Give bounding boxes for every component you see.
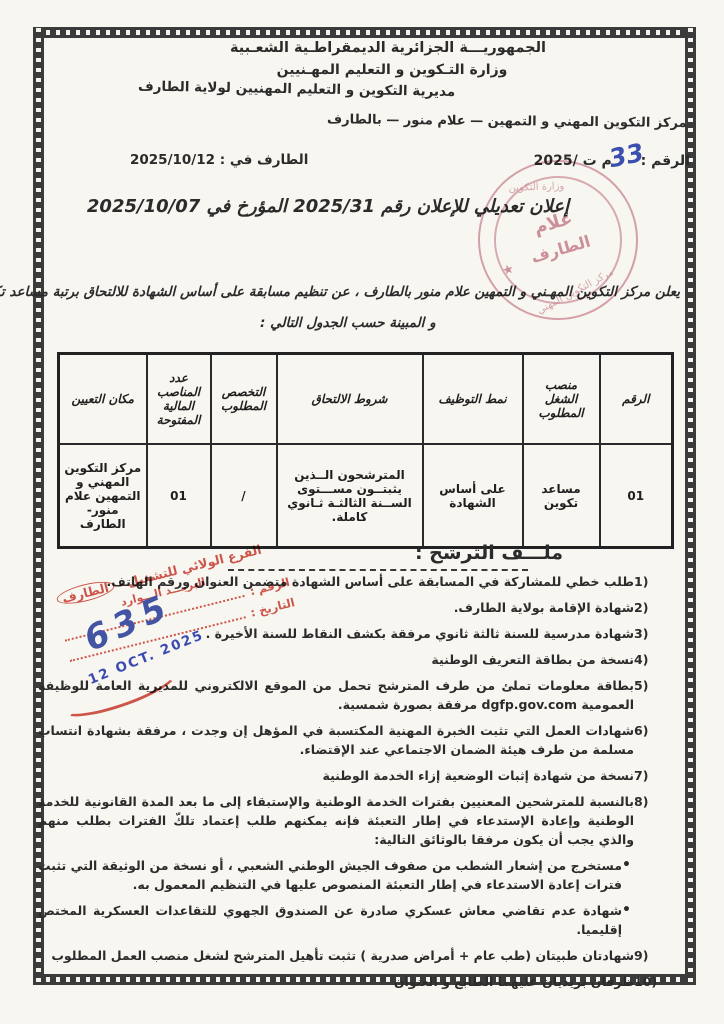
table-row: 01 مساعد تكوين على أساس الشهادة المترشحو… <box>59 444 673 548</box>
list-item-number: 1) <box>634 572 664 591</box>
bullet-item: • مستخرج من إشعار الشطب من صفوف الجيش ال… <box>38 856 664 894</box>
list-item: 10) ظرفان بريديان عليهما الطابع و العنوا… <box>38 972 664 991</box>
list-item-number: 8) <box>634 792 664 849</box>
header-cell-recruitment-mode: نمط التوظيف <box>423 354 523 445</box>
receipt-number-label: الرقم : <box>248 575 291 598</box>
scanned-announcement-document: الجمهوريـــة الجزائرية الديمقراطـية الشع… <box>0 0 724 1024</box>
reference-label: الرقم : <box>641 153 690 169</box>
bullet-item: • شهادة عدم تقاضي معاش عسكري صادرة عن ال… <box>38 901 664 939</box>
intro-paragraph-line2: و المبينة حسب الجدول التالي : <box>260 315 436 331</box>
list-item-number: 2) <box>634 598 664 617</box>
stamp-arc-text-top: وزارة التكوين <box>508 181 564 194</box>
list-item: 6) شهادات العمل التي تثبت الخبرة المهنية… <box>38 721 664 759</box>
list-item-text: شهادات العمل التي تثبت الخبرة المهنية ال… <box>38 721 634 759</box>
list-item-number: 10) <box>634 972 664 991</box>
list-item-number: 6) <box>634 721 664 759</box>
cell-position: مساعد تكوين <box>523 444 600 548</box>
candidacy-file-section-title: ملـــف الترشح : <box>415 542 563 564</box>
header-directorate-line: مديرية التكوين و التعليم المهنيين لولاية… <box>138 78 455 100</box>
header-cell-number: الرقم <box>600 354 673 445</box>
recruitment-table: الرقم منصب الشغل المطلوب نمط التوظيف شرو… <box>57 352 674 549</box>
header-cell-conditions: شروط الالتحاق <box>277 354 423 445</box>
list-item-text: ظرفان بريديان عليهما الطابع و العنوان <box>38 972 634 991</box>
list-item: 7) نسخة من شهادة إثبات الوضعية إزاء الخد… <box>38 766 664 785</box>
decorative-border-top <box>33 27 696 38</box>
bullet-item-text: مستخرج من إشعار الشطب من صفوف الجيش الوط… <box>38 856 622 894</box>
header-republic-line: الجمهوريـــة الجزائرية الديمقراطـية الشع… <box>52 40 724 56</box>
header-ministry-line: وزارة التـكوين و التعليم المهـنيين <box>60 62 724 78</box>
bullet-item-text: شهادة عدم تقاضي معاش عسكري صادرة عن الصن… <box>38 901 622 939</box>
list-item: 9) شهادتان طبيتان (طب عام + أمراض صدرية … <box>38 946 664 965</box>
list-item-number: 3) <box>634 624 664 643</box>
table-header-row: الرقم منصب الشغل المطلوب نمط التوظيف شرو… <box>59 354 673 445</box>
place-and-date: الطارف في : 2025/10/12 <box>130 152 308 168</box>
list-item-number: 5) <box>634 676 664 714</box>
header-center-line: مركز التكوين المهني و التمهين — علام منو… <box>327 112 687 131</box>
cell-speciality: / <box>211 444 277 548</box>
list-item: 8) بالنسبة للمترشحين المعنيين بفترات الخ… <box>38 792 664 849</box>
bullet-icon: • <box>622 856 644 894</box>
list-item-number: 7) <box>634 766 664 785</box>
list-item-text: نسخة من شهادة إثبات الوضعية إزاء الخدمة … <box>38 766 634 785</box>
cell-recruitment-mode: على أساس الشهادة <box>423 444 523 548</box>
header-cell-position: منصب الشغل المطلوب <box>523 354 600 445</box>
bullet-icon: • <box>622 901 644 939</box>
list-item-text: بالنسبة للمترشحين المعنيين بفترات الخدمة… <box>38 792 634 849</box>
cell-number: 01 <box>600 444 673 548</box>
header-cell-speciality: التخصص المطلوب <box>211 354 277 445</box>
list-item-number: 4) <box>634 650 664 669</box>
cell-assignment-place: مركز التكوين المهني و التمهين علام منور-… <box>59 444 147 548</box>
cell-open-posts: 01 <box>147 444 211 548</box>
cell-conditions: المترشحون الــذين يثبتــون مســـتوى السـ… <box>277 444 423 548</box>
list-item-text: شهادتان طبيتان (طب عام + أمراض صدرية ) ت… <box>38 946 634 965</box>
header-cell-open-posts: عدد المناصب المالية المفتوحة <box>147 354 211 445</box>
header-cell-assignment-place: مكان التعيين <box>59 354 147 445</box>
list-item-number: 9) <box>634 946 664 965</box>
